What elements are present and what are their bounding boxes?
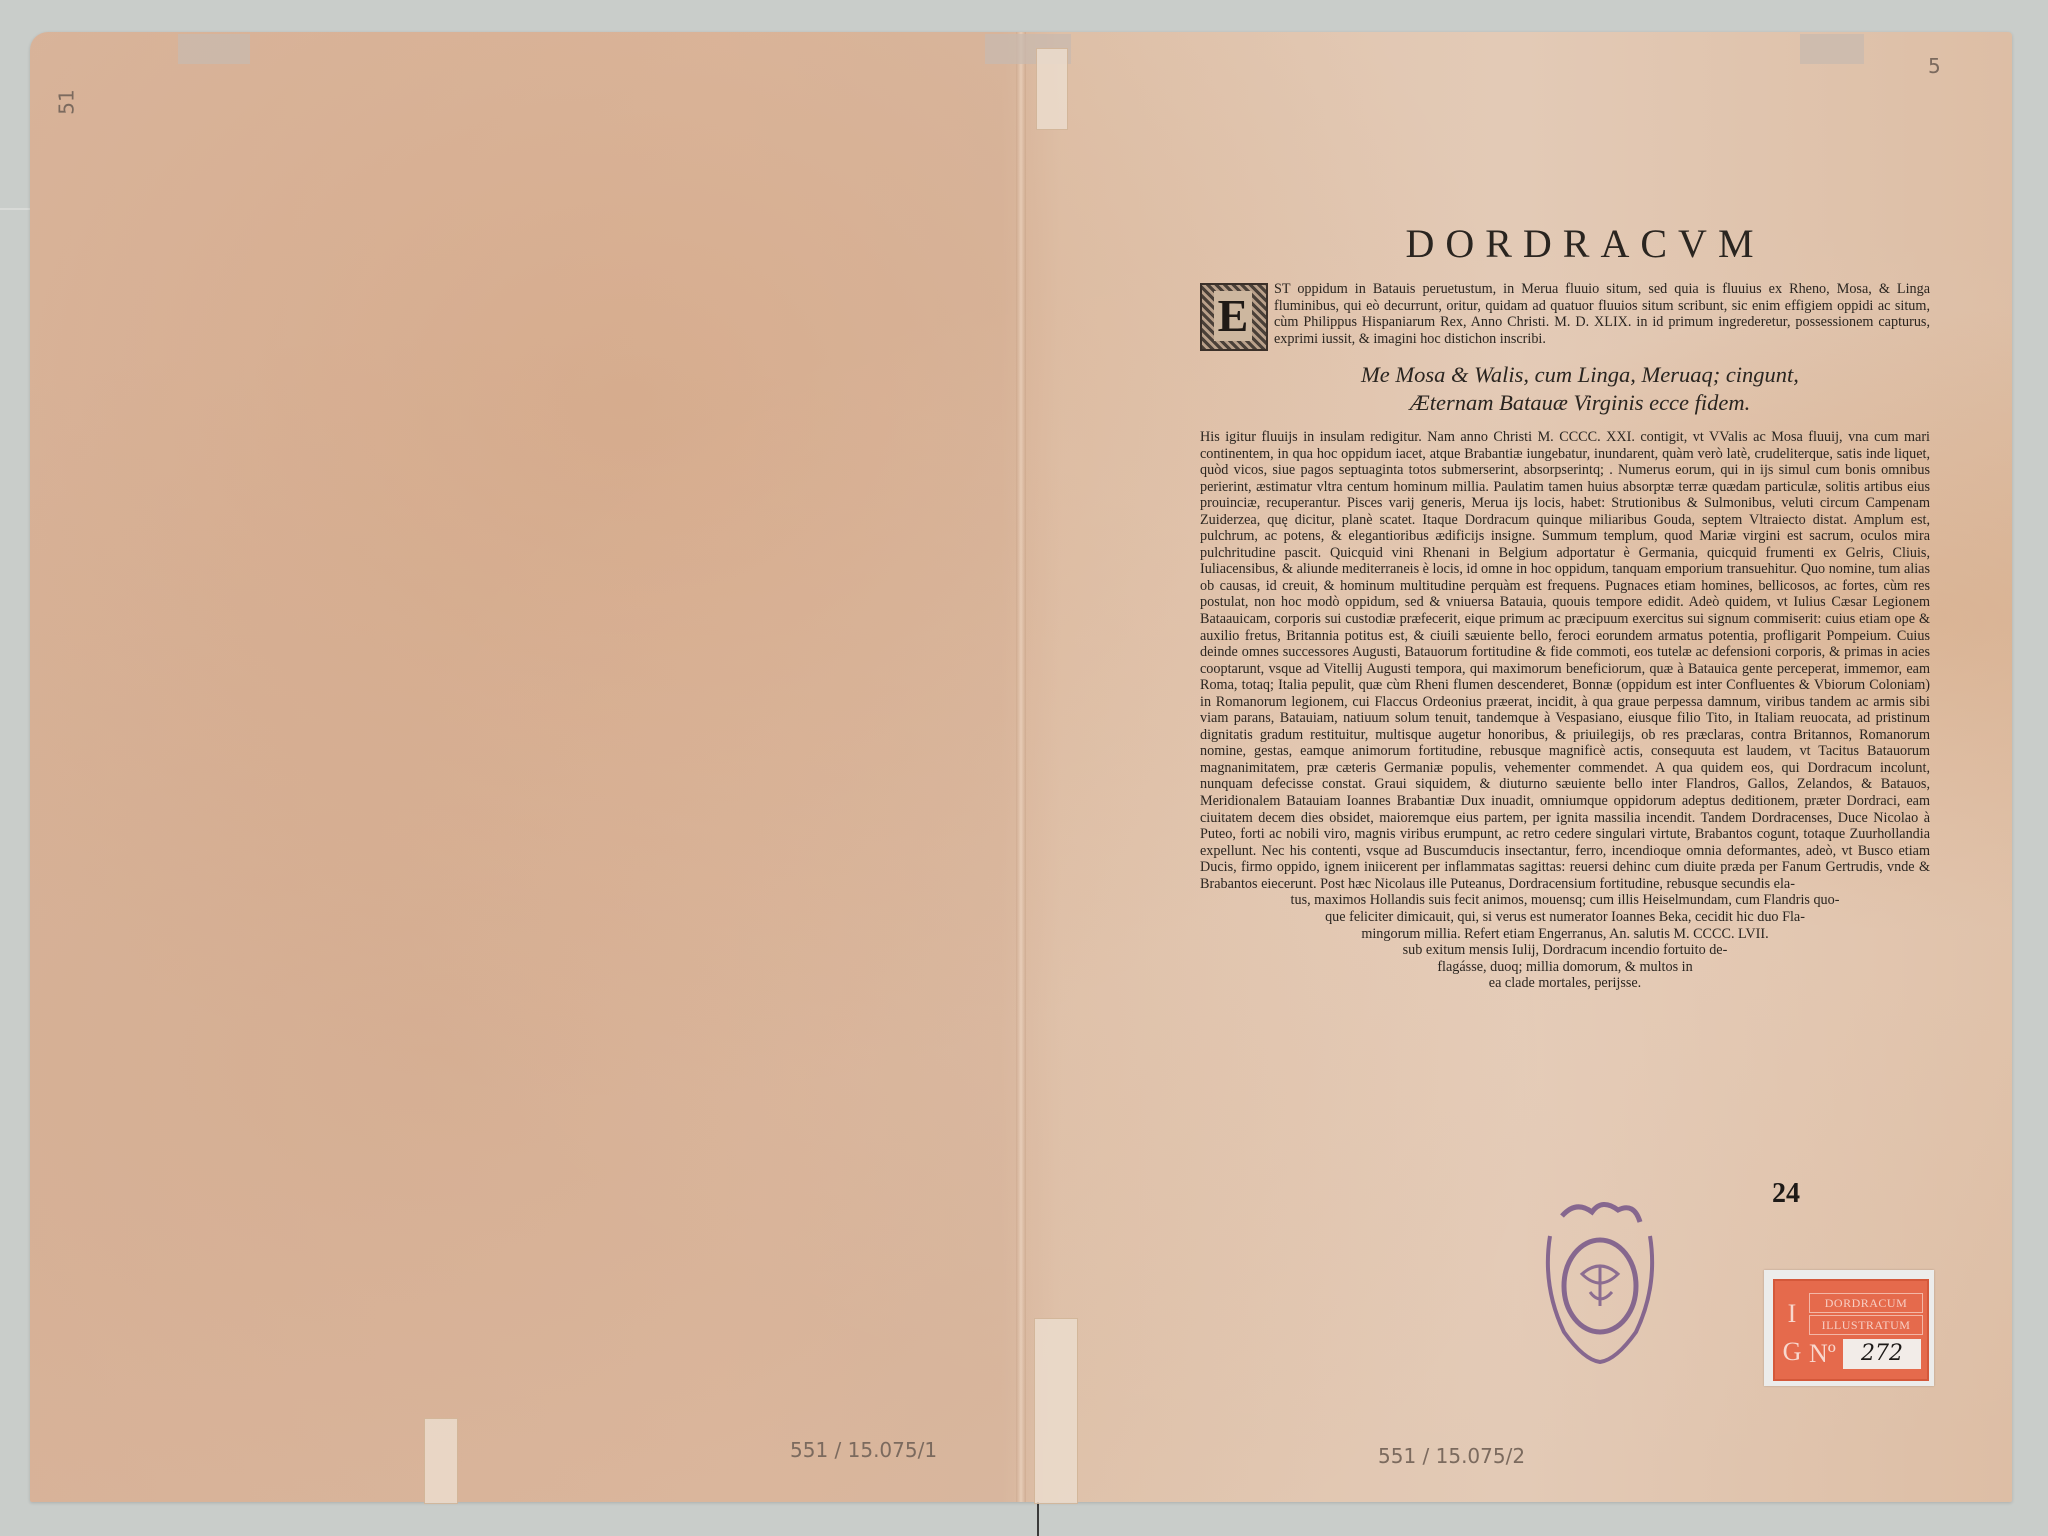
tail-line: tus, maximos Hollandis suis fecit animos… bbox=[1200, 892, 1930, 909]
label-line-2: ILLUSTRATUM bbox=[1809, 1315, 1923, 1335]
tail-line: sub exitum mensis Iulij, Dordracum incen… bbox=[1200, 942, 1930, 959]
tail-line: flagásse, duoq; millia domorum, & multos… bbox=[1200, 959, 1930, 976]
corner-mark-left: 51 bbox=[55, 89, 79, 114]
tail-paragraph: tus, maximos Hollandis suis fecit animos… bbox=[1200, 892, 1930, 992]
collector-stamp-icon bbox=[1540, 1196, 1660, 1366]
distich-line-1: Me Mosa & Walis, cum Linga, Meruaq; cing… bbox=[1230, 361, 1930, 389]
intro-paragraph: E ST oppidum in Batauis peruetustum, in … bbox=[1200, 281, 1930, 347]
corner-mark-right: 5 bbox=[1928, 54, 1941, 78]
tail-line: que feliciter dimicauit, qui, si verus e… bbox=[1200, 909, 1930, 926]
label-monogram: IG bbox=[1779, 1295, 1805, 1373]
hinge-strip bbox=[1036, 48, 1068, 130]
hinge-strip bbox=[424, 1418, 458, 1504]
collection-label: IG DORDRACUM ILLUSTRATUM Nº 272 bbox=[1764, 1270, 1934, 1386]
page-number: 24 bbox=[1772, 1178, 1800, 1210]
inventory-number-left: 551 / 15.075/1 bbox=[790, 1438, 937, 1462]
tape-remnant bbox=[178, 34, 250, 64]
distich: Me Mosa & Walis, cum Linga, Meruaq; cing… bbox=[1230, 361, 1930, 417]
hinge-strip bbox=[1034, 1318, 1078, 1504]
tail-line: mingorum millia. Refert etiam Engerranus… bbox=[1200, 926, 1930, 943]
inventory-number-right: 551 / 15.075/2 bbox=[1378, 1444, 1525, 1468]
backdrop-divider bbox=[1037, 1502, 1039, 1536]
label-number: 272 bbox=[1843, 1339, 1921, 1369]
page-title: DORDRACVM bbox=[1240, 220, 1930, 267]
body-paragraph: His igitur fluuijs in insulam redigitur.… bbox=[1200, 429, 1930, 892]
label-line-1: DORDRACUM bbox=[1809, 1293, 1923, 1313]
tape-remnant bbox=[1800, 34, 1864, 64]
backdrop-line bbox=[0, 208, 30, 210]
decorated-initial: E bbox=[1200, 283, 1268, 351]
tail-line: ea clade mortales, perijsse. bbox=[1200, 975, 1930, 992]
label-no-prefix: Nº bbox=[1809, 1339, 1836, 1369]
printed-text-block: DORDRACVM E ST oppidum in Batauis peruet… bbox=[1200, 220, 1930, 992]
center-fold bbox=[1016, 32, 1026, 1502]
distich-line-2: Æternam Batauæ Virginis ecce fidem. bbox=[1230, 389, 1930, 417]
